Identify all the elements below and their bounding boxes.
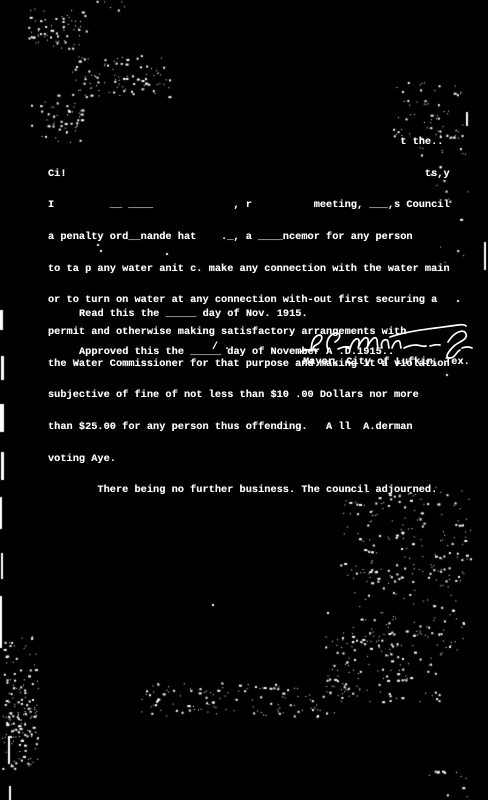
document-line: a penalty ord__nande hat ._, a ____ncemo… <box>48 232 450 243</box>
document-line: subjective of fine of not less than $10 … <box>48 390 450 401</box>
document-line: There being no further business. The cou… <box>48 485 450 496</box>
mayor-signature-title: Mayor, City of Lufkin, Tex. <box>303 356 470 368</box>
document-line: than $25.00 for any person thus offendin… <box>48 422 450 433</box>
document-line: Ci! ts,y <box>48 169 450 180</box>
stray-mark: / . <box>212 342 230 353</box>
document-line: to ta p any water anit c. make any conne… <box>48 264 450 275</box>
document-line: I __ ____ , r meeting, ___,s Council <box>48 200 450 211</box>
document-line: voting Aye. <box>48 454 450 465</box>
mayor-signature-script-icon <box>298 318 476 360</box>
document-line: t the.. <box>48 137 450 148</box>
